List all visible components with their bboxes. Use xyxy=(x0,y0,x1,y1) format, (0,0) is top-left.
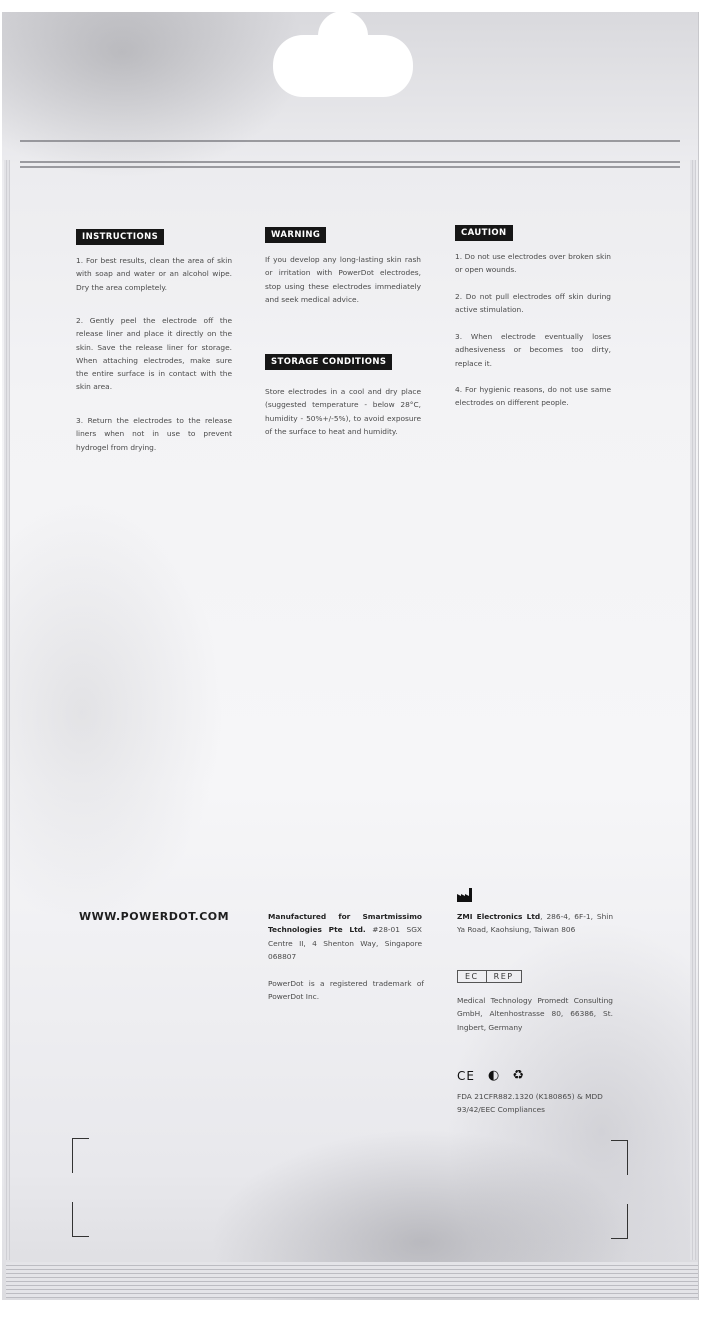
rep-label: REP xyxy=(486,971,521,982)
zipper-line xyxy=(20,161,680,163)
caution-item: 1. Do not use electrodes over broken ski… xyxy=(455,250,611,277)
storage-heading: STORAGE CONDITIONS xyxy=(265,354,392,370)
manufacturer-name: ZMI Electronics Ltd xyxy=(457,912,540,921)
factory-icon xyxy=(457,888,473,902)
caution-item: 3. When electrode eventually loses adhes… xyxy=(455,330,611,370)
caution-item: 2. Do not pull electrodes off skin durin… xyxy=(455,290,611,317)
zipper-line xyxy=(20,166,680,168)
website-url: WWW.POWERDOT.COM xyxy=(79,910,229,923)
compliance-text: FDA 21CFR882.1320 (K180865) & MDD 93/42/… xyxy=(457,1090,617,1117)
warning-text: If you develop any long-lasting skin ras… xyxy=(265,253,421,306)
ec-label: EC xyxy=(458,971,486,982)
caution-item: 4. For hygienic reasons, do not use same… xyxy=(455,383,611,410)
crop-mark-bottom-left xyxy=(72,1202,89,1237)
instruction-item: 2. Gently peel the electrode off the rel… xyxy=(76,314,232,394)
crop-mark-top-right xyxy=(611,1140,628,1175)
certification-marks: CE ◐ ♻ xyxy=(457,1068,524,1083)
caution-heading: CAUTION xyxy=(455,225,513,241)
instruction-item: 3. Return the electrodes to the release … xyxy=(76,414,232,454)
manufactured-for: Manufactured for Smartmissimo Technologi… xyxy=(268,910,422,963)
ec-rep-symbol: EC REP xyxy=(457,970,522,983)
crop-mark-bottom-right xyxy=(611,1204,628,1239)
manufacturer-info: ZMI Electronics Ltd, 286-4, 6F-1, Shin Y… xyxy=(457,910,613,937)
side-seam xyxy=(690,160,696,1260)
recycle-icon: ♻ xyxy=(512,1068,524,1083)
instructions-heading: INSTRUCTIONS xyxy=(76,229,164,245)
instruction-item: 1. For best results, clean the area of s… xyxy=(76,254,232,294)
crop-mark-top-left xyxy=(72,1138,89,1173)
storage-text: Store electrodes in a cool and dry place… xyxy=(265,385,421,438)
trademark-notice: PowerDot is a registered trademark of Po… xyxy=(268,977,424,1004)
ce-mark-icon: CE xyxy=(457,1069,475,1083)
zipper-line xyxy=(20,140,680,142)
ec-rep-text: Medical Technology Promedt Consulting Gm… xyxy=(457,994,613,1034)
green-dot-icon: ◐ xyxy=(488,1068,499,1083)
warning-heading: WARNING xyxy=(265,227,326,243)
bottom-seam xyxy=(6,1262,698,1298)
hang-hole xyxy=(273,35,413,97)
side-seam xyxy=(4,160,10,1260)
